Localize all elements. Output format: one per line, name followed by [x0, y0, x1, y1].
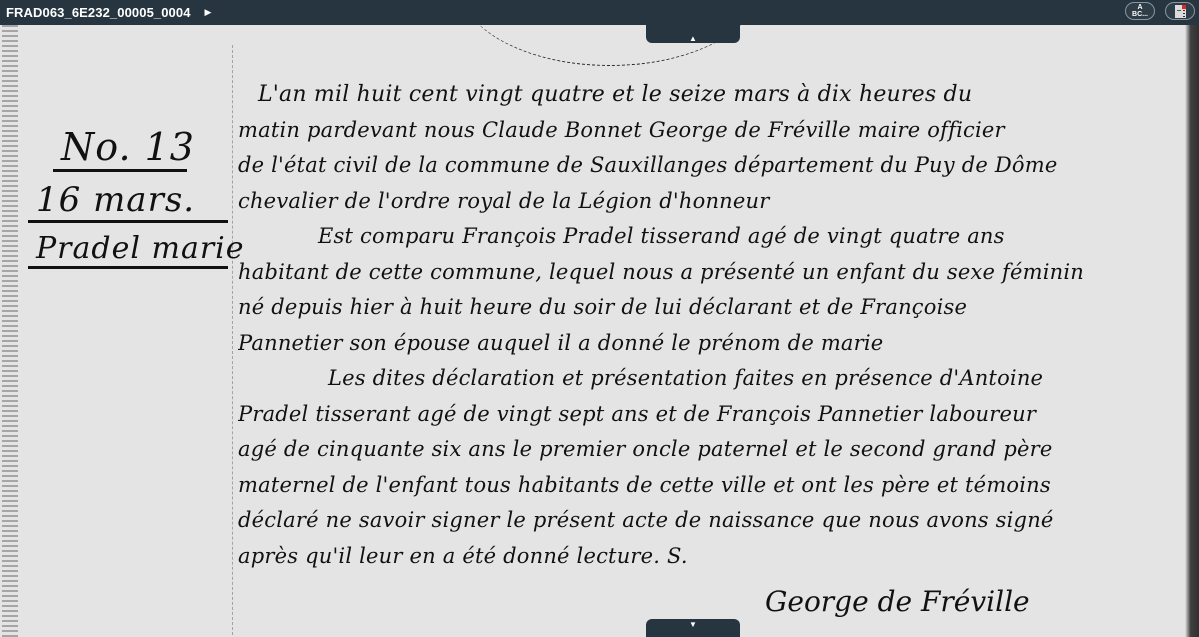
act-date: 16 mars. [28, 180, 228, 223]
record-line: matin pardevant nous Claude Bonnet Georg… [238, 113, 1183, 149]
page-right-edge [1185, 25, 1199, 637]
previous-page-handle[interactable]: ▲ [646, 25, 740, 43]
record-line: Est comparu François Pradel tisserand ag… [238, 219, 1183, 255]
record-line: Pannetier son épouse auquel il a donné l… [238, 326, 1183, 362]
side-panel-icon [1175, 5, 1186, 18]
chevron-up-icon: ▲ [689, 34, 697, 43]
ocr-transcription-button[interactable]: A BC... [1125, 2, 1155, 20]
record-line: L'an mil huit cent vingt quatre et le se… [238, 77, 1183, 113]
record-line: après qu'il leur en a été donné lecture.… [238, 539, 1183, 575]
record-line: Les dites déclaration et présentation fa… [238, 361, 1183, 397]
side-panel-button[interactable] [1165, 2, 1195, 20]
handwritten-record: L'an mil huit cent vingt quatre et le se… [238, 77, 1183, 574]
next-page-handle[interactable]: ▼ [646, 619, 740, 637]
record-line: de l'état civil de la commune de Sauxill… [238, 148, 1183, 184]
record-line: chevalier de l'ordre royal de la Légion … [238, 184, 1183, 220]
abc-text-icon: A BC... [1132, 4, 1148, 18]
document-title: FRAD063_6E232_00005_0004 [6, 5, 191, 20]
record-line: maternel de l'enfant tous habitants de c… [238, 468, 1183, 504]
document-image-viewer[interactable]: No. 13 16 mars. Pradel marie L'an mil hu… [0, 25, 1199, 637]
record-line: Pradel tisserant agé de vingt sept ans e… [238, 397, 1183, 433]
record-line: habitant de cette commune, lequel nous a… [238, 255, 1183, 291]
act-name: Pradel marie [28, 231, 228, 269]
play-icon[interactable]: ▶ [205, 7, 212, 18]
margin-rule [232, 45, 234, 635]
chevron-down-icon: ▼ [689, 620, 697, 629]
toolbar-actions: A BC... [1125, 2, 1195, 20]
record-line: né depuis hier à huit heure du soir de l… [238, 290, 1183, 326]
margin-note: No. 13 16 mars. Pradel marie [28, 125, 228, 277]
record-line: déclaré ne savoir signer le présent acte… [238, 503, 1183, 539]
ocr-icon-line2: BC... [1132, 11, 1148, 18]
viewer-toolbar: FRAD063_6E232_00005_0004 ▶ A BC... [0, 0, 1199, 25]
record-line: agé de cinquante six ans le premier oncl… [238, 432, 1183, 468]
ocr-icon-line1: A [1132, 4, 1148, 11]
act-number: No. 13 [53, 125, 187, 172]
page-left-edge [2, 25, 18, 637]
mayor-signature: George de Fréville [765, 585, 1030, 618]
